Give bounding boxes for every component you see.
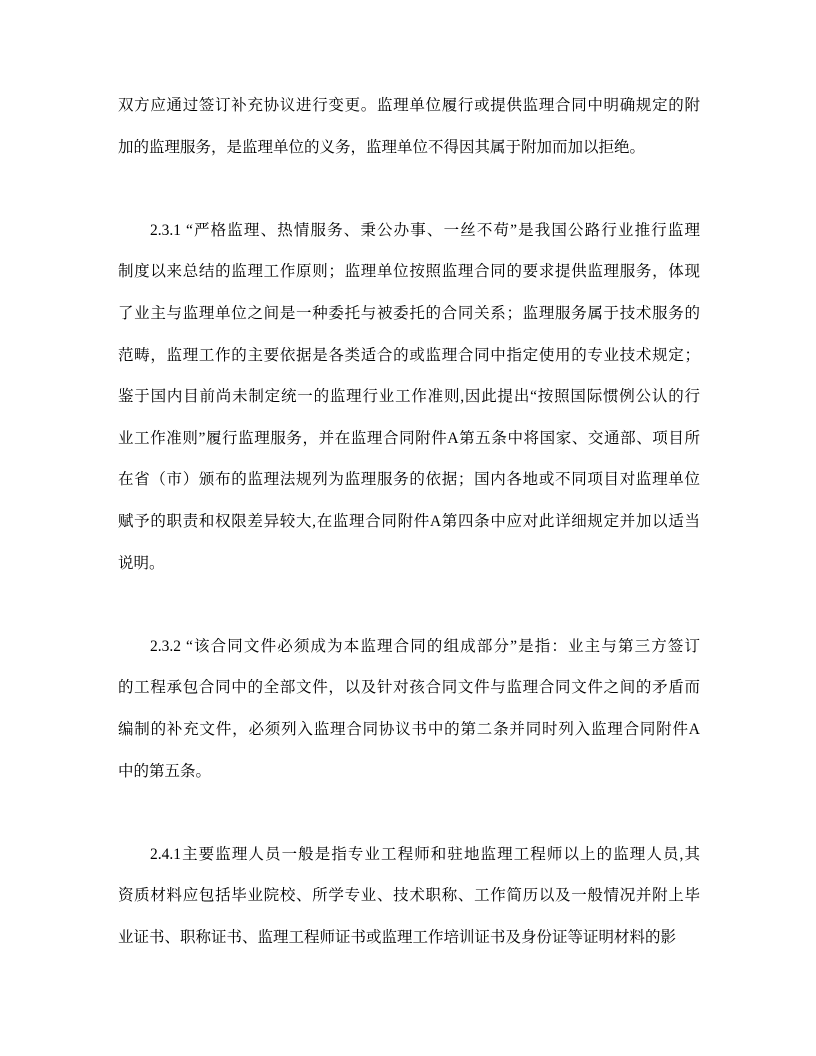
text-line: 了业主与监理单位之间是一种委托与被委托的合同关系；监理服务属于技术服务的 xyxy=(118,293,700,335)
para-2-3-1: 2.3.1 “严格监理、热情服务、秉公办事、一丝不苟”是我国公路行业推行监理制度… xyxy=(118,210,700,584)
text-line: 加的监理服务，是监理单位的义务，监理单位不得因其属于附加而加以拒绝。 xyxy=(118,127,700,169)
text-line: 资质材料应包括毕业院校、所学专业、技术职称、工作简历以及一般情况并附上毕 xyxy=(118,875,700,917)
text-line: 中的第五条。 xyxy=(118,751,700,793)
document-text-block: 双方应通过签订补充协议进行变更。监理单位履行或提供监理合同中明确规定的附加的监理… xyxy=(118,85,700,958)
text-line: 在省（市）颁布的监理法规列为监理服务的依据；国内各地或不同项目对监理单位 xyxy=(118,459,700,501)
text-line: 鉴于国内目前尚未制定统一的监理行业工作准则,因此提出“按照国际惯例公认的行 xyxy=(118,376,700,418)
text-line: 双方应通过签订补充协议进行变更。监理单位履行或提供监理合同中明确规定的附 xyxy=(118,85,700,127)
text-line: 2.3.1 “严格监理、热情服务、秉公办事、一丝不苟”是我国公路行业推行监理 xyxy=(118,210,700,252)
para-2-3-2: 2.3.2 “该合同文件必须成为本监理合同的组成部分”是指：业主与第三方签订的工… xyxy=(118,626,700,792)
text-line: 业工作准则”履行监理服务，并在监理合同附件A第五条中将国家、交通部、项目所 xyxy=(118,418,700,460)
text-line: 编制的补充文件，必须列入监理合同协议书中的第二条并同时列入监理合同附件A xyxy=(118,709,700,751)
text-line: 范畴，监理工作的主要依据是各类适合的或监理合同中指定使用的专业技术规定； xyxy=(118,335,700,377)
text-line: 2.4.1主要监理人员一般是指专业工程师和驻地监理工程师以上的监理人员,其 xyxy=(118,834,700,876)
text-line: 制度以来总结的监理工作原则；监理单位按照监理合同的要求提供监理服务，体现 xyxy=(118,251,700,293)
text-line: 的工程承包合同中的全部文件，以及针对孩合同文件与监理合同文件之间的矛盾而 xyxy=(118,667,700,709)
document-page: 双方应通过签订补充协议进行变更。监理单位履行或提供监理合同中明确规定的附加的监理… xyxy=(0,0,816,1056)
text-line: 赋予的职责和权限差异较大,在监理合同附件A第四条中应对此详细规定并加以适当 xyxy=(118,501,700,543)
text-line: 业证书、职称证书、监理工程师证书或监理工作培训证书及身份证等证明材料的影 xyxy=(118,917,700,959)
text-line: 说明。 xyxy=(118,543,700,585)
para-2-4-1: 2.4.1主要监理人员一般是指专业工程师和驻地监理工程师以上的监理人员,其资质材… xyxy=(118,834,700,959)
para-continuation: 双方应通过签订补充协议进行变更。监理单位履行或提供监理合同中明确规定的附加的监理… xyxy=(118,85,700,168)
text-line: 2.3.2 “该合同文件必须成为本监理合同的组成部分”是指：业主与第三方签订 xyxy=(118,626,700,668)
